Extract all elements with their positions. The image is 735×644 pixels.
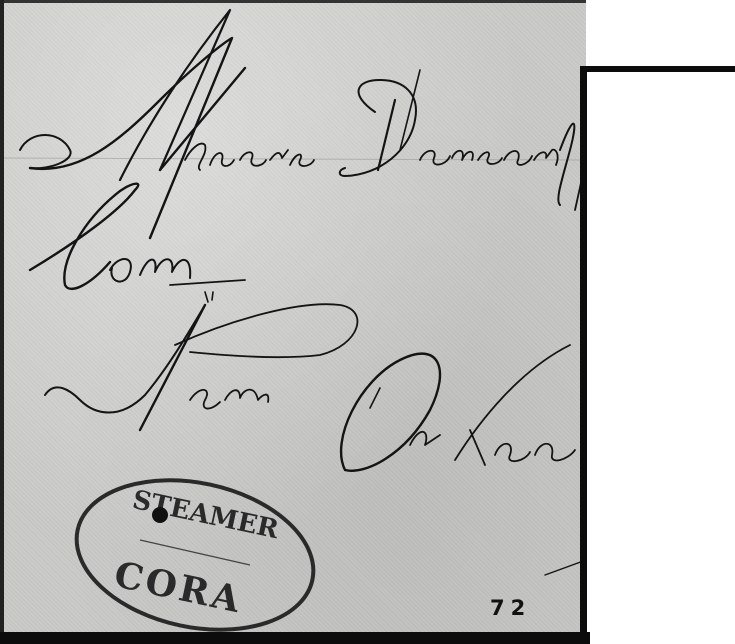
scan-edge-top: [0, 0, 586, 3]
postmark-bottom-text: CORA: [111, 553, 247, 621]
steamer-cora-postmark: STEAMER CORA: [63, 460, 328, 636]
handwritten-address: STEAMER CORA: [0, 0, 586, 636]
scan-edge-left: [0, 0, 4, 644]
envelope-cover: STEAMER CORA Messrs Dawson & Com New Orl…: [0, 0, 586, 636]
bottom-border: [0, 632, 590, 644]
panel-border-left: [580, 66, 587, 644]
plate-number: 72: [490, 596, 531, 620]
panel-border-top: [580, 66, 735, 72]
blank-panel: [580, 66, 735, 644]
